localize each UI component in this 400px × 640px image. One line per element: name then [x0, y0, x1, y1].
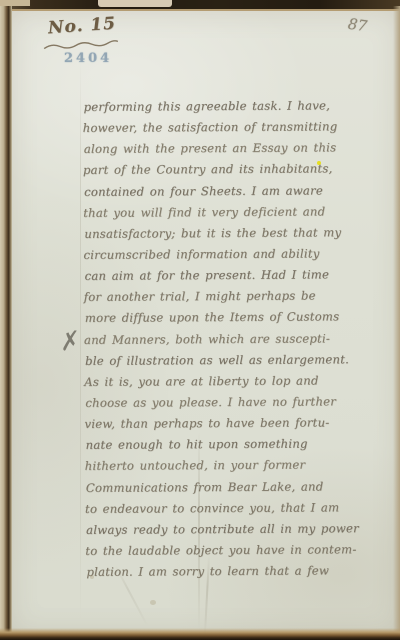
folio-page-number: 87 — [347, 15, 368, 35]
manuscript-line: for another trial, I might perhaps be — [84, 285, 376, 308]
manuscript-line: view, than perhaps to have been fortu- — [84, 412, 376, 435]
manuscript-line: always ready to contribute all in my pow… — [86, 518, 378, 541]
manuscript-line: contained on four Sheets. I am aware — [84, 180, 376, 203]
manuscript-line: performing this agreeable task. I have, — [84, 95, 376, 118]
scan-artifact-speck — [317, 161, 321, 165]
book-binding-left-edge — [0, 6, 12, 640]
manuscript-line: can aim at for the present. Had I time — [85, 264, 377, 287]
manuscript-line: to endeavour to convince you, that I am — [85, 497, 377, 520]
manuscript-line: As it is, you are at liberty to lop and — [84, 370, 376, 393]
manuscript-line: part of the Country and its inhabitants, — [83, 159, 375, 182]
manuscript-line: choose as you please. I have no further — [85, 391, 377, 414]
manuscript-scan: No. 15 87 2404 ✗ performing this agreeab… — [0, 0, 400, 640]
book-bottom-edge — [0, 628, 400, 640]
underlying-page-edge — [98, 0, 172, 7]
manuscript-line: nate enough to hit upon something — [86, 433, 378, 456]
manuscript-line: to the laudable object you have in conte… — [85, 539, 377, 562]
manuscript-line: hitherto untouched, in your former — [85, 454, 377, 477]
manuscript-line: more diffuse upon the Items of Customs — [85, 307, 377, 330]
manuscript-line: Communications from Bear Lake, and — [86, 476, 378, 499]
foxing-spot — [150, 600, 156, 605]
manuscript-text-block: performing this agreeable task. I have, … — [83, 95, 378, 583]
manuscript-line: unsatisfactory; but it is the best that … — [84, 222, 376, 245]
manuscript-line: and Manners, both which are suscepti- — [84, 328, 376, 351]
manuscript-line: along with the present an Essay on this — [84, 137, 376, 160]
manuscript-line: that you will find it very deficient and — [83, 201, 375, 224]
manuscript-line: however, the satisfaction of transmittin… — [83, 116, 375, 139]
page-right-edge — [393, 6, 400, 640]
manuscript-line: circumscribed information and ability — [83, 243, 375, 266]
book-top-edge — [0, 0, 400, 9]
manuscript-line: ble of illustration as well as enlargeme… — [85, 349, 377, 372]
foxing-spot — [90, 575, 94, 579]
archive-stamp-number: 2404 — [64, 51, 112, 66]
manuscript-line: plation. I am sorry to learn that a few — [86, 560, 378, 583]
